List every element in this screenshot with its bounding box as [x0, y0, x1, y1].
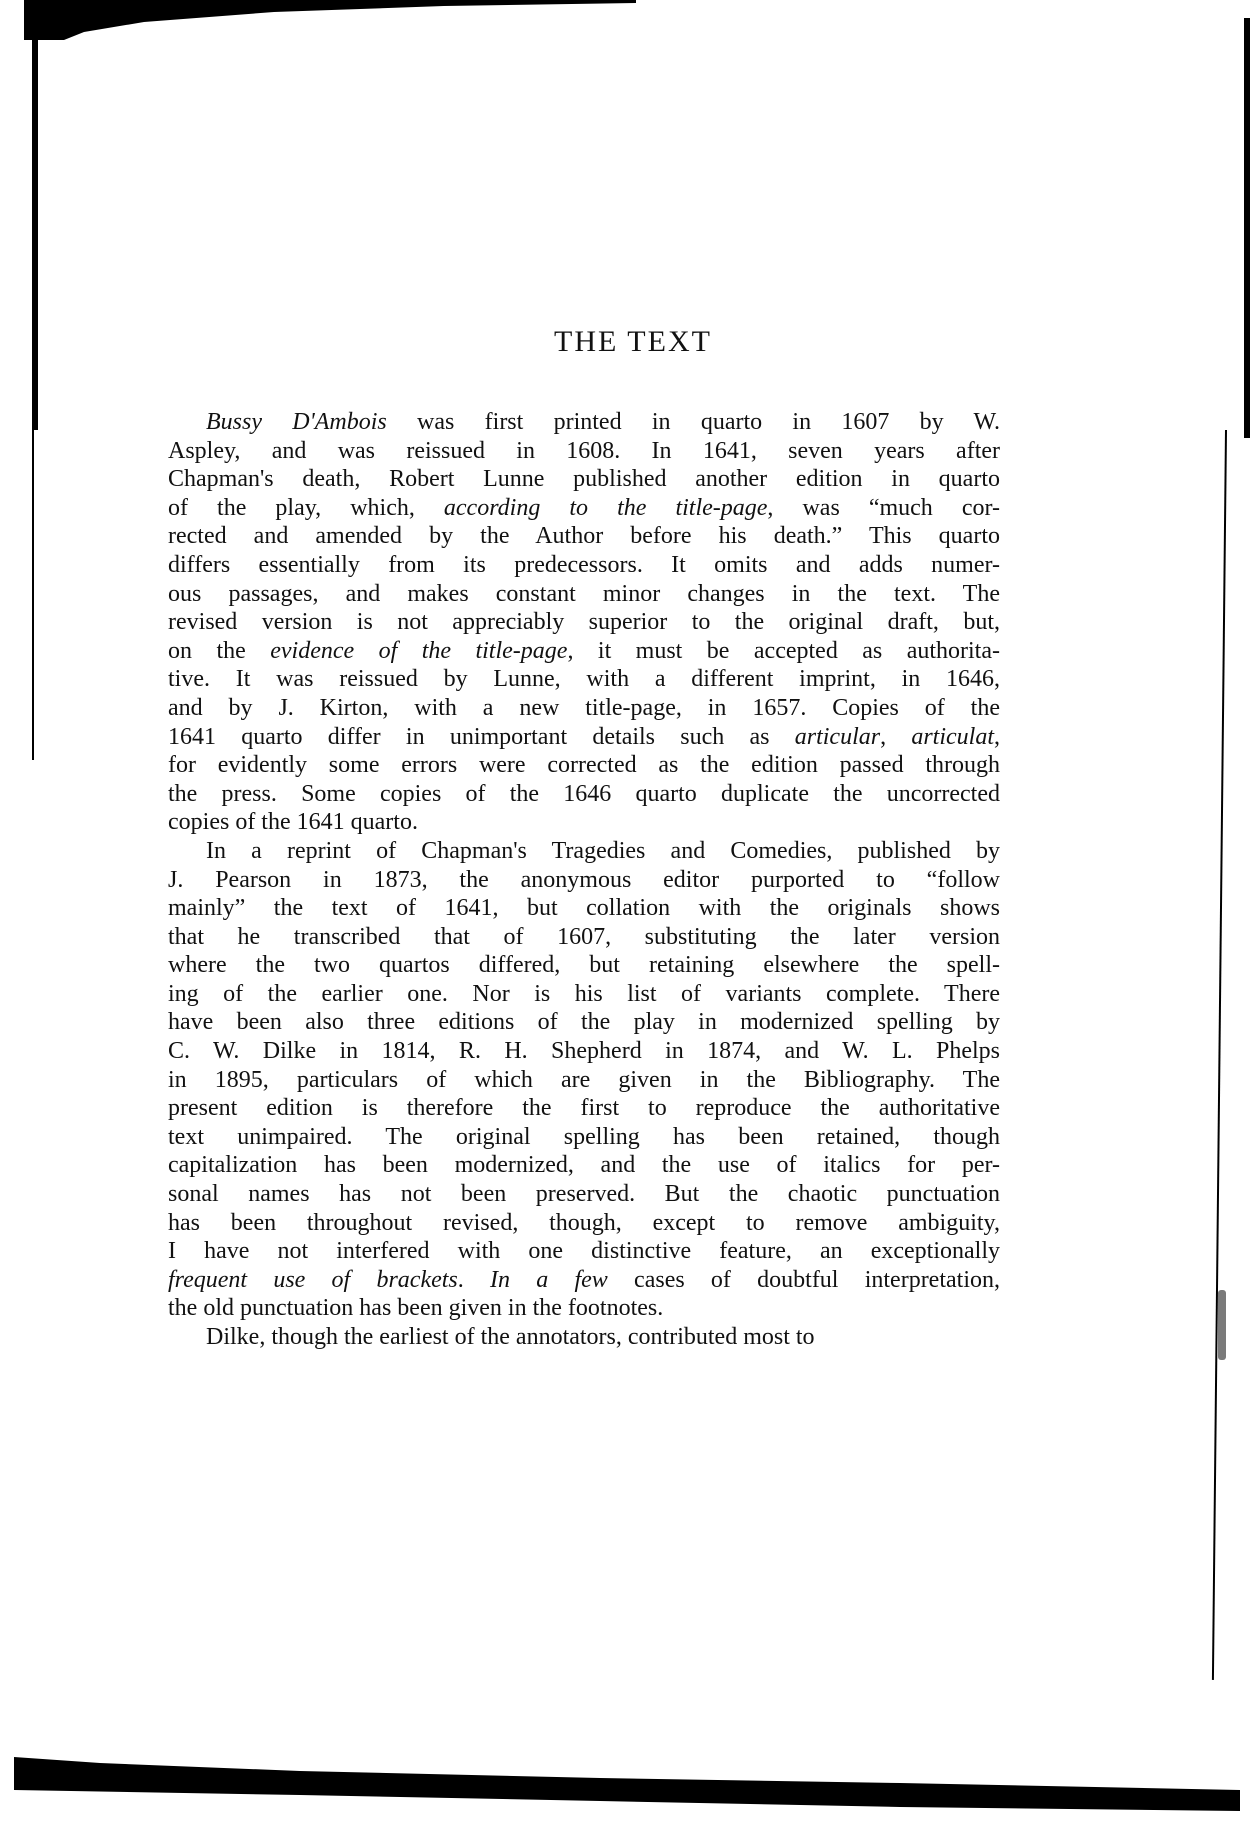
- scan-edge-left-thin: [32, 430, 34, 760]
- text-line: Bussy D'Ambois was first printed in quar…: [168, 408, 1000, 437]
- scan-edge-left: [32, 20, 38, 430]
- italic-text: Bussy D'Ambois: [206, 409, 387, 435]
- text-line: and by J. Kirton, with a new title-page,…: [168, 694, 1000, 723]
- text-segment: revised version is not appreciably super…: [168, 609, 1000, 635]
- text-segment: and by J. Kirton, with a new title-page,…: [168, 695, 1000, 721]
- text-line: sonal names has not been preserved. But …: [168, 1180, 1000, 1209]
- text-line: the old punctuation has been given in th…: [168, 1294, 1000, 1323]
- paragraph: In a reprint of Chapman's Tragedies and …: [168, 837, 1000, 1323]
- text-line: revised version is not appreciably super…: [168, 608, 1000, 637]
- text-segment: .: [458, 1267, 490, 1293]
- text-segment: J. Pearson in 1873, the anonymous editor…: [168, 867, 1000, 893]
- text-segment: ous passages, and makes constant minor c…: [168, 581, 1000, 607]
- text-segment: sonal names has not been preserved. But …: [168, 1181, 1000, 1207]
- text-line: mainly” the text of 1641, but collation …: [168, 894, 1000, 923]
- body-text: Bussy D'Ambois was first printed in quar…: [168, 408, 1000, 1352]
- text-segment: present edition is therefore the first t…: [168, 1095, 1000, 1121]
- text-segment: In a reprint of Chapman's Tragedies and …: [206, 838, 1000, 864]
- text-line: tive. It was reissued by Lunne, with a d…: [168, 665, 1000, 694]
- paragraph: Bussy D'Ambois was first printed in quar…: [168, 408, 1000, 837]
- text-segment: tive. It was reissued by Lunne, with a d…: [168, 666, 1000, 692]
- text-segment: that he transcribed that of 1607, substi…: [168, 924, 1000, 950]
- italic-text: evidence of the title-page: [270, 638, 567, 664]
- text-segment: have been also three editions of the pla…: [168, 1009, 1000, 1035]
- text-segment: cases of doubtful interpretation,: [608, 1267, 1000, 1293]
- text-segment: mainly” the text of 1641, but collation …: [168, 895, 1000, 921]
- text-segment: rected and amended by the Author before …: [168, 523, 1000, 549]
- scan-edge-right: [1244, 18, 1250, 438]
- text-line: Aspley, and was reissued in 1608. In 164…: [168, 437, 1000, 466]
- text-line: the press. Some copies of the 1646 quart…: [168, 780, 1000, 809]
- text-line: C. W. Dilke in 1814, R. H. Shepherd in 1…: [168, 1037, 1000, 1066]
- text-line: Dilke, though the earliest of the annota…: [168, 1323, 1000, 1352]
- scan-smudge: [1218, 1290, 1226, 1360]
- paragraph: Dilke, though the earliest of the annota…: [168, 1323, 1000, 1352]
- text-segment: C. W. Dilke in 1814, R. H. Shepherd in 1…: [168, 1038, 1000, 1064]
- text-segment: in 1895, particulars of which are given …: [168, 1067, 1000, 1093]
- text-line: capitalization has been modernized, and …: [168, 1151, 1000, 1180]
- text-segment: text unimpaired. The original spelling h…: [168, 1124, 1000, 1150]
- text-segment: ing of the earlier one. Nor is his list …: [168, 981, 1000, 1007]
- text-line: for evidently some errors were corrected…: [168, 751, 1000, 780]
- scan-edge-bottom: [0, 1745, 1256, 1823]
- text-segment: copies of the 1641 quarto.: [168, 809, 418, 835]
- text-segment: has been throughout revised, though, exc…: [168, 1210, 1000, 1236]
- text-segment: , it must be accepted as authorita-: [567, 638, 1000, 664]
- text-segment: was first printed in quarto in 1607 by W…: [387, 409, 1000, 435]
- text-line: 1641 quarto differ in unimportant detail…: [168, 723, 1000, 752]
- text-segment: Dilke, though the earliest of the annota…: [206, 1324, 815, 1350]
- text-line: I have not interfered with one distincti…: [168, 1237, 1000, 1266]
- text-segment: Aspley, and was reissued in 1608. In 164…: [168, 438, 1000, 464]
- text-segment: of the play, which,: [168, 495, 444, 521]
- text-segment: capitalization has been modernized, and …: [168, 1152, 1000, 1178]
- text-line: rected and amended by the Author before …: [168, 522, 1000, 551]
- text-segment: for evidently some errors were corrected…: [168, 752, 1000, 778]
- text-segment: 1641 quarto differ in unimportant detail…: [168, 724, 795, 750]
- text-line: J. Pearson in 1873, the anonymous editor…: [168, 866, 1000, 895]
- text-segment: on the: [168, 638, 270, 664]
- italic-text: In a few: [490, 1267, 608, 1293]
- text-line: ous passages, and makes constant minor c…: [168, 580, 1000, 609]
- text-line: Chapman's death, Robert Lunne published …: [168, 465, 1000, 494]
- text-line: that he transcribed that of 1607, substi…: [168, 923, 1000, 952]
- text-line: in 1895, particulars of which are given …: [168, 1066, 1000, 1095]
- text-segment: ,: [994, 724, 1000, 750]
- text-line: differs essentially from its predecessor…: [168, 551, 1000, 580]
- text-line: where the two quartos differed, but reta…: [168, 951, 1000, 980]
- text-line: frequent use of brackets. In a few cases…: [168, 1266, 1000, 1295]
- italic-text: frequent use of brackets: [168, 1267, 458, 1293]
- page-title: THE TEXT: [0, 325, 1256, 359]
- text-segment: ,: [880, 724, 911, 750]
- text-line: In a reprint of Chapman's Tragedies and …: [168, 837, 1000, 866]
- text-line: has been throughout revised, though, exc…: [168, 1209, 1000, 1238]
- text-line: present edition is therefore the first t…: [168, 1094, 1000, 1123]
- italic-text: articulat: [911, 724, 994, 750]
- text-line: on the evidence of the title-page, it mu…: [168, 637, 1000, 666]
- italic-text: according to the title-page: [444, 495, 768, 521]
- text-segment: I have not interfered with one distincti…: [168, 1238, 1000, 1264]
- text-line: text unimpaired. The original spelling h…: [168, 1123, 1000, 1152]
- text-segment: differs essentially from its predecessor…: [168, 552, 1000, 578]
- text-segment: the old punctuation has been given in th…: [168, 1295, 663, 1321]
- scan-edge-right-thin: [1212, 430, 1227, 1680]
- text-line: have been also three editions of the pla…: [168, 1008, 1000, 1037]
- text-segment: Chapman's death, Robert Lunne published …: [168, 466, 1000, 492]
- italic-text: articular: [795, 724, 880, 750]
- scan-edge-top: [24, 0, 636, 40]
- text-line: of the play, which, according to the tit…: [168, 494, 1000, 523]
- text-segment: , was “much cor-: [767, 495, 1000, 521]
- text-segment: where the two quartos differed, but reta…: [168, 952, 1000, 978]
- text-segment: the press. Some copies of the 1646 quart…: [168, 781, 1000, 807]
- text-line: copies of the 1641 quarto.: [168, 808, 1000, 837]
- text-line: ing of the earlier one. Nor is his list …: [168, 980, 1000, 1009]
